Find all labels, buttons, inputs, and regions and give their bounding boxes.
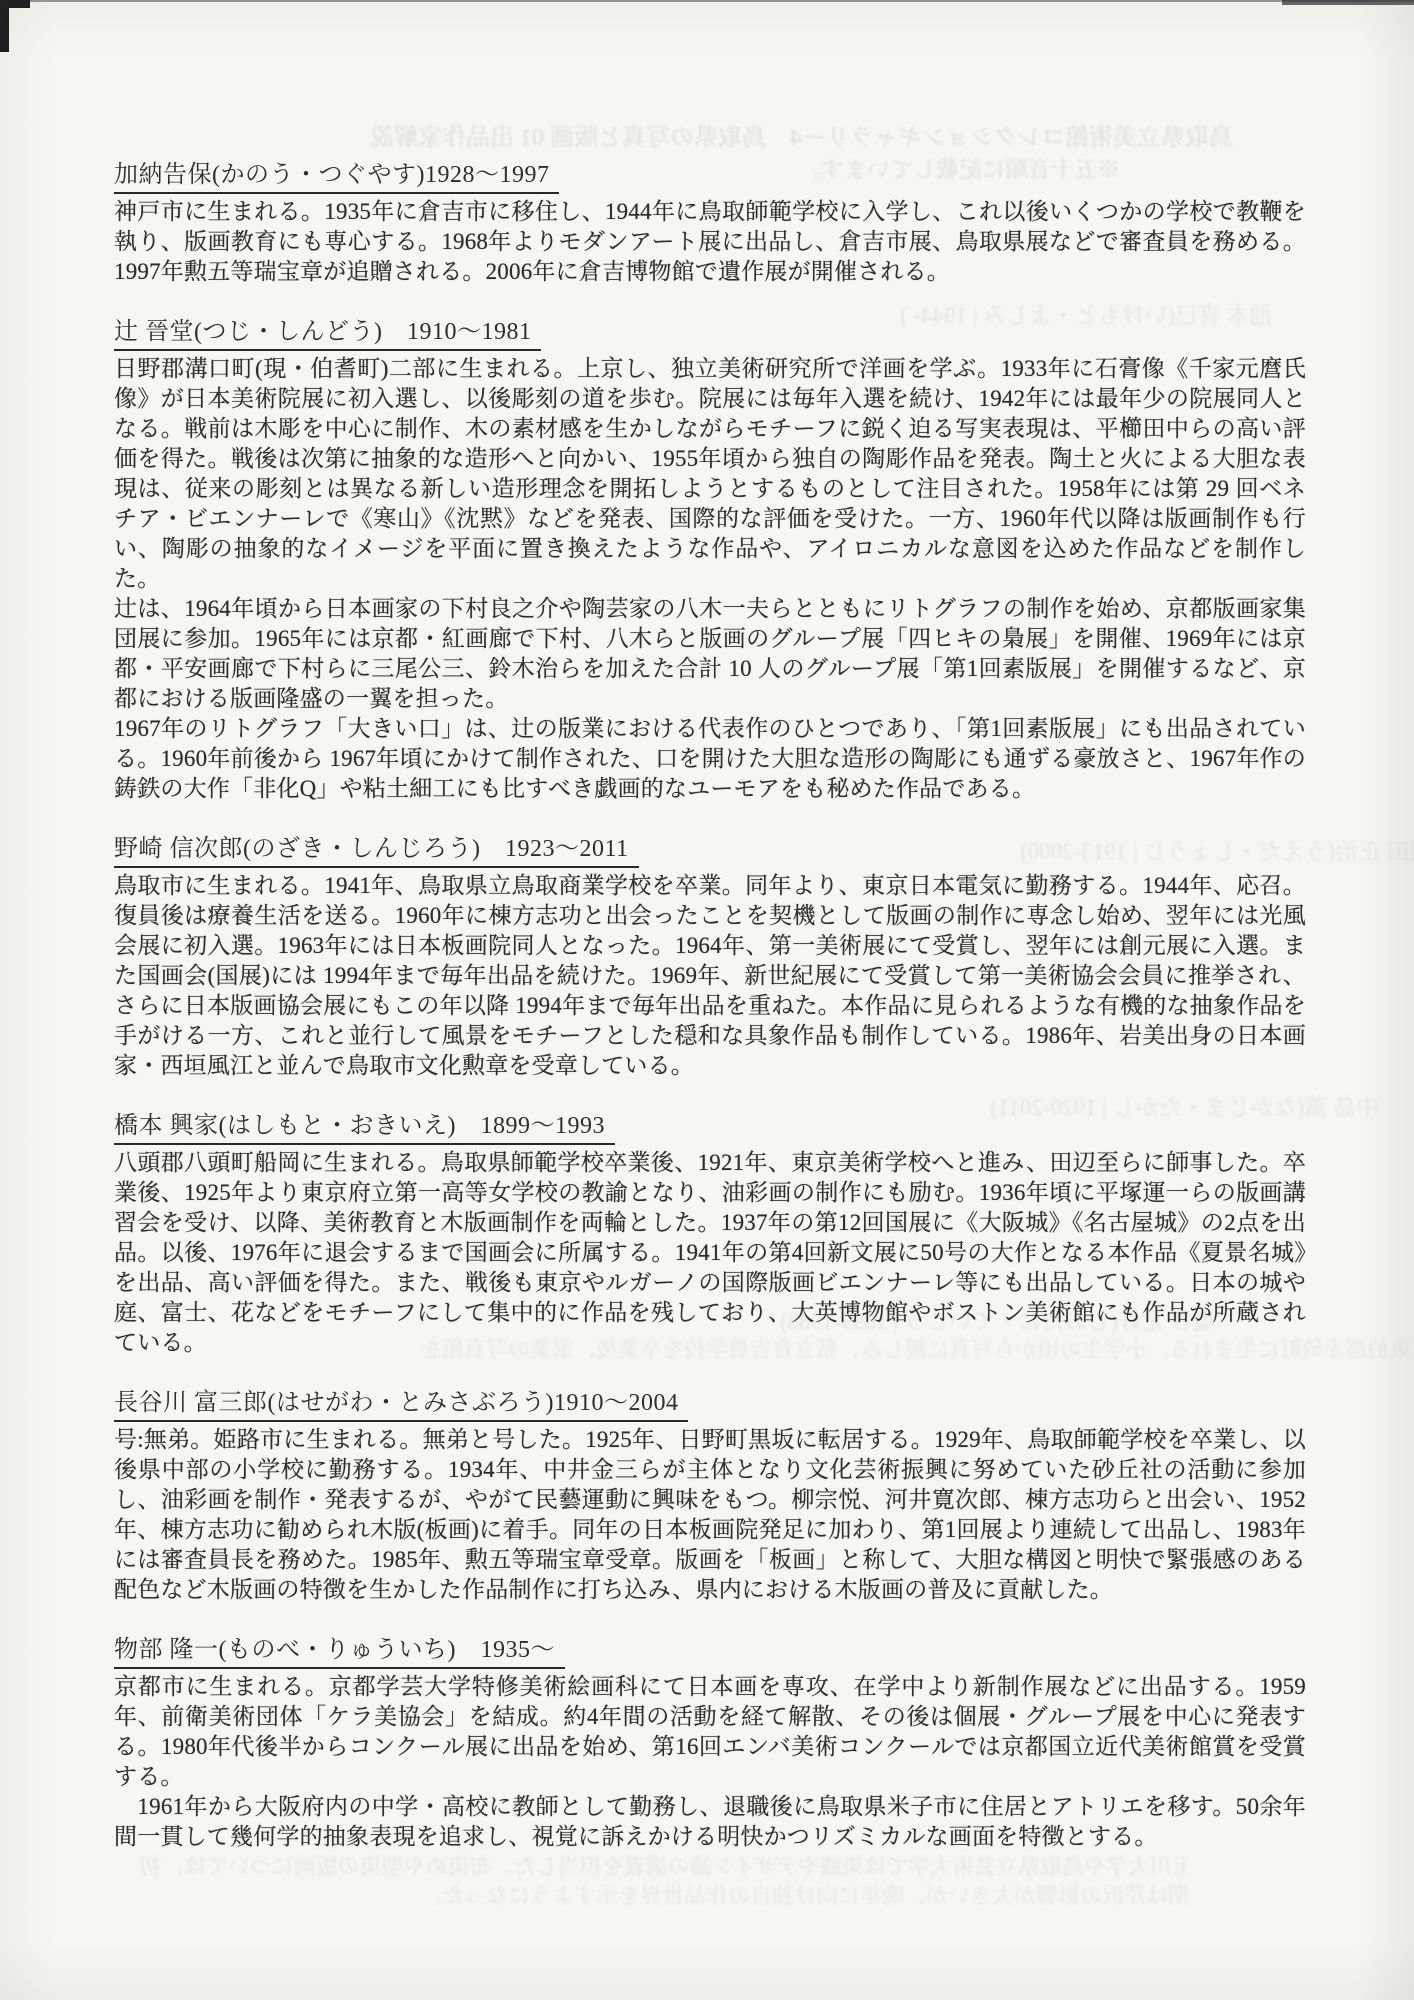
scanned-document-page: 鳥取県立美術館コレクションギャラリー4 鳥取県の写真と版画 01 出品作家解説 … — [0, 0, 1414, 2000]
bleedthrough-line: 期は芹沢の影響が大きいが、晩年に向け独自の作品世界を示すようになった。 — [420, 1882, 1190, 1910]
artist-heading-text: 物部 隆一(ものべ・りゅういち) 1935〜 — [114, 1635, 565, 1669]
biography-paragraph: 八頭郡八頭町船岡に生まれる。鳥取県師範学校卒業後、1921年、東京美術学校へと進… — [114, 1148, 1306, 1358]
artist-heading-text: 辻 晉堂(つじ・しんどう) 1910〜1981 — [114, 317, 541, 351]
biography-paragraph: 辻は、1964年頃から日本画家の下村良之介や陶芸家の八木一夫らとともにリトグラフ… — [114, 594, 1306, 714]
artist-heading: 橋本 興家(はしもと・おきいえ) 1899〜1993 — [114, 1111, 1306, 1145]
biography-paragraph: 鳥取市に生まれる。1941年、鳥取県立鳥取商業学校を卒業。同年より、東京日本電気… — [114, 871, 1306, 1081]
scan-edge-mark — [1282, 0, 1414, 5]
artist-heading: 野崎 信次郎(のざき・しんじろう) 1923〜2011 — [114, 834, 1306, 868]
artist-heading: 加納告保(かのう・つぐやす)1928〜1997 — [114, 160, 1306, 194]
artist-heading-text: 長谷川 富三郎(はせがわ・とみさぶろう)1910〜2004 — [114, 1388, 688, 1422]
bleedthrough-line: 鳥取県立美術館コレクションギャラリー4 鳥取県の写真と版画 01 出品作家解説 — [370, 124, 1233, 152]
artist-heading-text: 野崎 信次郎(のざき・しんじろう) 1923〜2011 — [114, 834, 639, 868]
artist-heading-text: 橋本 興家(はしもと・おきいえ) 1899〜1993 — [114, 1111, 615, 1145]
artist-heading: 辻 晉堂(つじ・しんどう) 1910〜1981 — [114, 317, 1306, 351]
biography-paragraph: 号:無弟。姫路市に生まれる。無弟と号した。1925年、日野町黒坂に転居する。19… — [114, 1425, 1306, 1605]
biography-paragraph: 1961年から大阪府内の中学・高校に教師として勤務し、退職後に鳥取県米子市に住居… — [114, 1792, 1306, 1852]
biography-paragraph: 京都市に生まれる。京都学芸大学特修美術絵画科にて日本画を専攻、在学中より新制作展… — [114, 1672, 1306, 1792]
artist-heading: 物部 隆一(ものべ・りゅういち) 1935〜 — [114, 1635, 1306, 1669]
artist-heading: 長谷川 富三郎(はせがわ・とみさぶろう)1910〜2004 — [114, 1388, 1306, 1422]
biography-paragraph: 日野郡溝口町(現・伯耆町)二部に生まれる。上京し、独立美術研究所で洋画を学ぶ。1… — [114, 354, 1306, 594]
scan-corner-mark — [0, 0, 30, 8]
artist-heading-text: 加納告保(かのう・つぐやす)1928〜1997 — [114, 160, 559, 194]
document-content: 加納告保(かのう・つぐやす)1928〜1997 神戸市に生まれる。1935年に倉… — [114, 160, 1306, 1882]
artist-section-hasegawa: 長谷川 富三郎(はせがわ・とみさぶろう)1910〜2004 号:無弟。姫路市に生… — [114, 1388, 1306, 1605]
artist-section-hashimoto: 橋本 興家(はしもと・おきいえ) 1899〜1993 八頭郡八頭町船岡に生まれる… — [114, 1111, 1306, 1358]
biography-paragraph: 神戸市に生まれる。1935年に倉吉市に移住し、1944年に鳥取師範学校に入学し、… — [114, 197, 1306, 287]
artist-section-kano: 加納告保(かのう・つぐやす)1928〜1997 神戸市に生まれる。1935年に倉… — [114, 160, 1306, 287]
scan-edge-line — [0, 0, 1414, 2]
artist-section-tsuji: 辻 晉堂(つじ・しんどう) 1910〜1981 日野郡溝口町(現・伯耆町)二部に… — [114, 317, 1306, 804]
scan-corner-mark — [0, 0, 9, 52]
biography-paragraph: 1967年のリトグラフ「大きい口」は、辻の版業における代表作のひとつであり、「第… — [114, 714, 1306, 804]
artist-section-monobe: 物部 隆一(ものべ・りゅういち) 1935〜 京都市に生まれる。京都学芸大学特修… — [114, 1635, 1306, 1852]
artist-section-nozaki: 野崎 信次郎(のざき・しんじろう) 1923〜2011 鳥取市に生まれる。194… — [114, 834, 1306, 1081]
